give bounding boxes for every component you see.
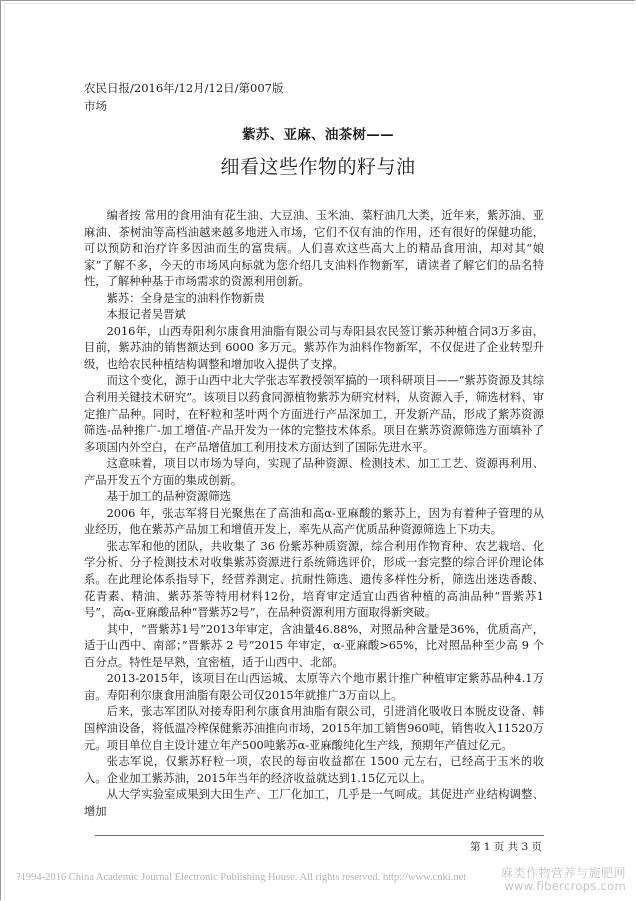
body-paragraph: 2013-2015年，该项目在山西运城、太原等六个地市累计推广种植审定紫苏品种4… [84, 671, 544, 704]
newspaper-source: 农民日报/2016年/12月/12日/第007版 [84, 80, 283, 97]
article-body: 编者按 常用的食用油有花生油、大豆油、玉米油、菜籽油几大类，近年来，紫苏油、亚麻… [84, 208, 544, 820]
body-paragraph: 后来，张志军团队对接寿阳利尔康食用油脂有限公司，引进消化吸收日本脱皮设备、韩国榨… [84, 704, 544, 754]
body-paragraph: 2016年，山西寿阳利尔康食用油脂有限公司与寿阳县农民签订紫苏种植合同3万多亩，… [84, 324, 544, 374]
newspaper-section: 市场 [84, 98, 107, 115]
body-paragraph: 其中，“晋紫苏1号”2013年审定，含油量46.88%，对照品种含量是36%，优… [84, 622, 544, 672]
body-paragraph: 而这个变化，源于山西中北大学张志军教授领军搞的一项科研项目——“紫苏资源及其综合… [84, 373, 544, 456]
article-title: 细看这些作物的籽与油 [0, 155, 636, 179]
body-paragraph: 从大学实验室成果到大田生产、工厂化加工，几乎是一气呵成。其促进产业结构调整、增加 [84, 787, 544, 820]
section-heading-variety-screening: 基于加工的品种资源筛选 [84, 489, 544, 506]
byline: 本报记者吴晋斌 [84, 307, 544, 324]
body-paragraph: 这意味着，项目以市场为导向，实现了品种资源、检测技术、加工工艺、资源再利用、产品… [84, 456, 544, 489]
section-heading-perilla: 紫苏：全身是宝的油料作物新贵 [84, 291, 544, 308]
editor-note-paragraph: 编者按 常用的食用油有花生油、大豆油、玉米油、菜籽油几大类，近年来，紫苏油、亚麻… [84, 208, 544, 291]
copyright-notice: ?1994-2016 China Academic Journal Electr… [16, 871, 466, 885]
page-number: 第 1 页 共 3 页 [470, 840, 542, 854]
article-subtitle: 紫苏、亚麻、油茶树—— [0, 126, 636, 144]
body-paragraph: 2006 年，张志军将目光聚焦在了高油和高α-亚麻酸的紫苏上，因为有着种子管理的… [84, 506, 544, 539]
body-paragraph: 张志军和他的团队，共收集了 36 份紫苏种质资源，综合利用作物育种、农艺栽培、化… [84, 539, 544, 622]
watermark-site-url: www.fibercrops.com [501, 880, 626, 893]
site-watermark: 麻类作物营养与施肥网 www.fibercrops.com [501, 867, 626, 893]
body-paragraph: 张志军说，仅紫苏籽粒一项，农民的每亩收益都在 1500 元左右，已经高于玉米的收… [84, 754, 544, 787]
footer-divider [95, 835, 544, 836]
